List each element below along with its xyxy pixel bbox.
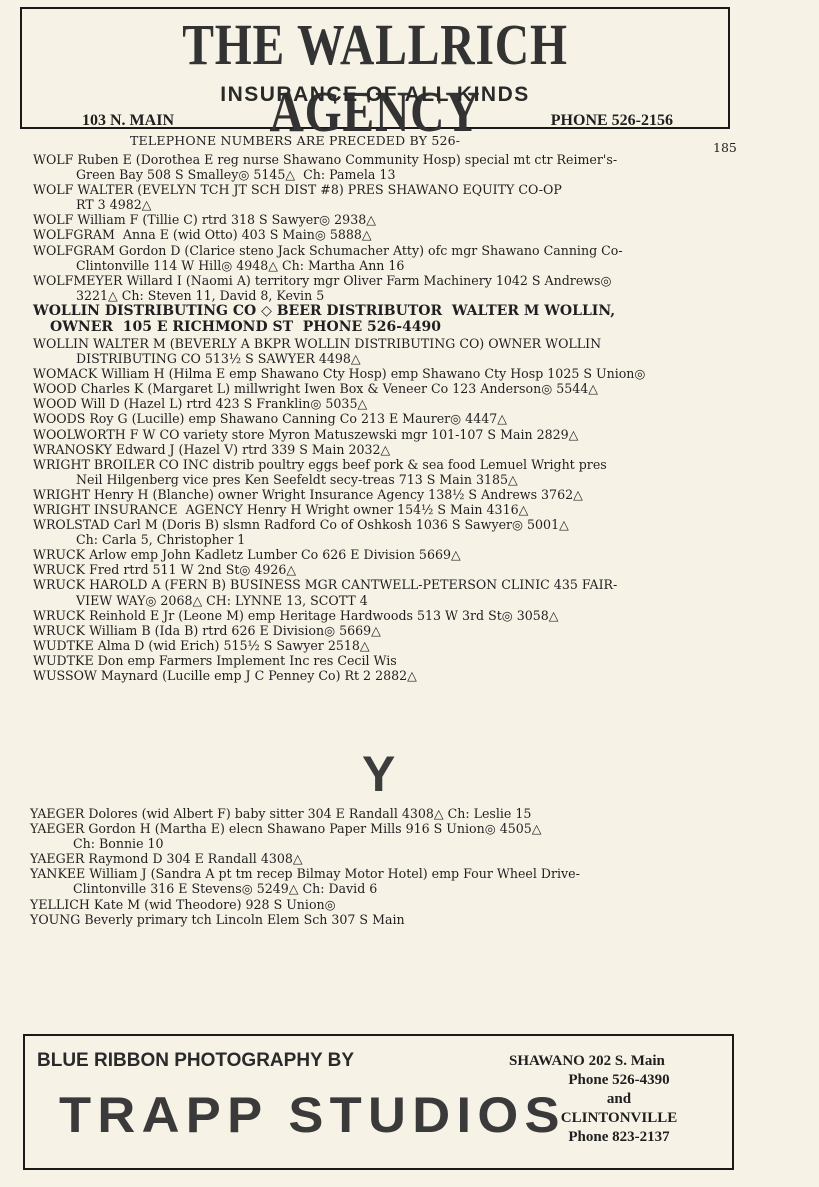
directory-entry: WROLSTAD Carl M (Doris B) slsmn Radford …	[33, 517, 753, 547]
directory-entry: WOLFGRAM Anna E (wid Otto) 403 S Main◎ 5…	[33, 227, 753, 242]
ad-location-clintonville: CLINTONVILLE	[509, 1109, 729, 1128]
directory-entry: WOLF Ruben E (Dorothea E reg nurse Shawa…	[33, 152, 753, 182]
wallrich-agency-ad: THE WALLRICH AGENCY INSURANCE OF ALL KIN…	[20, 7, 730, 129]
directory-entry: YAEGER Gordon H (Martha E) elecn Shawano…	[30, 821, 750, 851]
telephone-prefix-note: TELEPHONE NUMBERS ARE PRECEDED BY 526-	[130, 133, 460, 148]
entry-continuation: VIEW WAY◎ 2068△ CH: LYNNE 13, SCOTT 4	[33, 593, 753, 608]
entry-line: WRUCK William B (Ida B) rtrd 626 E Divis…	[33, 623, 381, 638]
ad-address: 103 N. MAIN	[82, 112, 174, 130]
entry-line: WRIGHT BROILER CO INC distrib poultry eg…	[33, 457, 607, 472]
entry-line: WUDTKE Don emp Farmers Implement Inc res…	[33, 653, 397, 668]
entry-line: WOMACK William H (Hilma E emp Shawano Ct…	[33, 366, 645, 381]
ad-phone-clintonville: Phone 823-2137	[509, 1128, 729, 1147]
directory-entry: WOLLIN DISTRIBUTING CO ◇ BEER DISTRIBUTO…	[33, 303, 753, 336]
directory-entry: YELLICH Kate M (wid Theodore) 928 S Unio…	[30, 897, 750, 912]
entry-line: WRIGHT INSURANCE AGENCY Henry H Wright o…	[33, 502, 528, 517]
entry-line: WRUCK Arlow emp John Kadletz Lumber Co 6…	[33, 547, 461, 562]
entry-line: WOLFMEYER Willard I (Naomi A) territory …	[33, 273, 612, 288]
entry-line: WOOLWORTH F W CO variety store Myron Mat…	[33, 427, 578, 442]
entry-continuation: Ch: Carla 5, Christopher 1	[33, 532, 753, 547]
entry-line: WOLF William F (Tillie C) rtrd 318 S Saw…	[33, 212, 376, 227]
ad-location-shawano: SHAWANO 202 S. Main	[509, 1052, 729, 1071]
ad-headline: BLUE RIBBON PHOTOGRAPHY BY	[37, 1050, 354, 1072]
entry-continuation: Green Bay 508 S Smalley◎ 5145△ Ch: Pamel…	[33, 167, 753, 182]
entry-line: WOOD Will D (Hazel L) rtrd 423 S Frankli…	[33, 396, 367, 411]
entry-line: YOUNG Beverly primary tch Lincoln Elem S…	[30, 912, 405, 927]
entry-line: WUDTKE Alma D (wid Erich) 515½ S Sawyer …	[33, 638, 370, 653]
directory-entry: WRIGHT Henry H (Blanche) owner Wright In…	[33, 487, 753, 502]
directory-entry: YOUNG Beverly primary tch Lincoln Elem S…	[30, 912, 750, 927]
entry-continuation: Neil Hilgenberg vice pres Ken Seefeldt s…	[33, 472, 753, 487]
directory-entry: YAEGER Raymond D 304 E Randall 4308△	[30, 851, 750, 866]
directory-entry: WOLF WALTER (EVELYN TCH JT SCH DIST #8) …	[33, 182, 753, 212]
entry-line: WOLFGRAM Gordon D (Clarice steno Jack Sc…	[33, 243, 623, 258]
entry-line: WOOD Charles K (Margaret L) millwright I…	[33, 381, 598, 396]
entry-line: WUSSOW Maynard (Lucille emp J C Penney C…	[33, 668, 417, 683]
directory-entry: WRUCK Fred rtrd 511 W 2nd St◎ 4926△	[33, 562, 753, 577]
directory-entry: WOOLWORTH F W CO variety store Myron Mat…	[33, 427, 753, 442]
entry-line: YANKEE William J (Sandra A pt tm recep B…	[30, 866, 580, 881]
directory-entry: WRUCK HAROLD A (FERN B) BUSINESS MGR CAN…	[33, 577, 753, 607]
directory-entry: WUSSOW Maynard (Lucille emp J C Penney C…	[33, 668, 753, 683]
directory-entry: WOOD Charles K (Margaret L) millwright I…	[33, 381, 753, 396]
directory-entry: WOOD Will D (Hazel L) rtrd 423 S Frankli…	[33, 396, 753, 411]
directory-entry: WRIGHT BROILER CO INC distrib poultry eg…	[33, 457, 753, 487]
entry-continuation: OWNER 105 E RICHMOND ST PHONE 526-4490	[33, 319, 753, 336]
entry-line: WRANOSKY Edward J (Hazel V) rtrd 339 S M…	[33, 442, 390, 457]
ad-and: and	[509, 1090, 729, 1109]
entry-line: WOLF WALTER (EVELYN TCH JT SCH DIST #8) …	[33, 182, 562, 197]
entry-continuation: 3221△ Ch: Steven 11, David 8, Kevin 5	[33, 288, 753, 303]
entry-line: WOLF Ruben E (Dorothea E reg nurse Shawa…	[33, 152, 617, 167]
directory-entry: YAEGER Dolores (wid Albert F) baby sitte…	[30, 806, 750, 821]
directory-entry: WOLFGRAM Gordon D (Clarice steno Jack Sc…	[33, 243, 753, 273]
entry-line: WRUCK Fred rtrd 511 W 2nd St◎ 4926△	[33, 562, 296, 577]
entry-continuation: RT 3 4982△	[33, 197, 753, 212]
entry-continuation: Ch: Bonnie 10	[30, 836, 750, 851]
directory-entry: WOLFMEYER Willard I (Naomi A) territory …	[33, 273, 753, 303]
directory-entry: WRUCK Reinhold E Jr (Leone M) emp Herita…	[33, 608, 753, 623]
entry-line: WRUCK Reinhold E Jr (Leone M) emp Herita…	[33, 608, 558, 623]
entry-line: YELLICH Kate M (wid Theodore) 928 S Unio…	[30, 897, 336, 912]
directory-entry: WOMACK William H (Hilma E emp Shawano Ct…	[33, 366, 753, 381]
trapp-studios-ad: BLUE RIBBON PHOTOGRAPHY BY TRAPP STUDIOS…	[23, 1034, 734, 1170]
directory-entry: WOLLIN WALTER M (BEVERLY A BKPR WOLLIN D…	[33, 336, 753, 366]
entry-line: WOODS Roy G (Lucille) emp Shawano Cannin…	[33, 411, 507, 426]
directory-entry: WOLF William F (Tillie C) rtrd 318 S Saw…	[33, 212, 753, 227]
entry-continuation: Clintonville 114 W Hill◎ 4948△ Ch: Marth…	[33, 258, 753, 273]
entry-line: YAEGER Dolores (wid Albert F) baby sitte…	[30, 806, 531, 821]
directory-entry: WRANOSKY Edward J (Hazel V) rtrd 339 S M…	[33, 442, 753, 457]
directory-entry: WUDTKE Don emp Farmers Implement Inc res…	[33, 653, 753, 668]
directory-entry: WOODS Roy G (Lucille) emp Shawano Cannin…	[33, 411, 753, 426]
section-letter-heading: Y	[362, 745, 395, 803]
ad-phone-shawano: Phone 526-4390	[509, 1071, 729, 1090]
ad-locations: SHAWANO 202 S. Main Phone 526-4390 and C…	[509, 1052, 729, 1147]
entry-line: YAEGER Raymond D 304 E Randall 4308△	[30, 851, 303, 866]
entry-continuation: Clintonville 316 E Stevens◎ 5249△ Ch: Da…	[30, 881, 750, 896]
entry-line: WRIGHT Henry H (Blanche) owner Wright In…	[33, 487, 583, 502]
entry-line: WROLSTAD Carl M (Doris B) slsmn Radford …	[33, 517, 569, 532]
entry-line: WOLFGRAM Anna E (wid Otto) 403 S Main◎ 5…	[33, 227, 372, 242]
entry-continuation: DISTRIBUTING CO 513½ S SAWYER 4498△	[33, 351, 753, 366]
entry-line: WRUCK HAROLD A (FERN B) BUSINESS MGR CAN…	[33, 577, 617, 592]
directory-listing-y: YAEGER Dolores (wid Albert F) baby sitte…	[30, 806, 750, 927]
ad-tagline: INSURANCE OF ALL KINDS	[22, 83, 728, 107]
directory-entry: YANKEE William J (Sandra A pt tm recep B…	[30, 866, 750, 896]
entry-line: WOLLIN DISTRIBUTING CO ◇ BEER DISTRIBUTO…	[33, 303, 615, 319]
directory-entry: WRIGHT INSURANCE AGENCY Henry H Wright o…	[33, 502, 753, 517]
directory-listing-w: WOLF Ruben E (Dorothea E reg nurse Shawa…	[33, 152, 753, 683]
entry-line: WOLLIN WALTER M (BEVERLY A BKPR WOLLIN D…	[33, 336, 601, 351]
directory-entry: WRUCK Arlow emp John Kadletz Lumber Co 6…	[33, 547, 753, 562]
directory-entry: WRUCK William B (Ida B) rtrd 626 E Divis…	[33, 623, 753, 638]
ad-studio-name: TRAPP STUDIOS	[59, 1086, 566, 1144]
directory-entry: WUDTKE Alma D (wid Erich) 515½ S Sawyer …	[33, 638, 753, 653]
ad-phone: PHONE 526-2156	[551, 112, 673, 130]
entry-line: YAEGER Gordon H (Martha E) elecn Shawano…	[30, 821, 541, 836]
